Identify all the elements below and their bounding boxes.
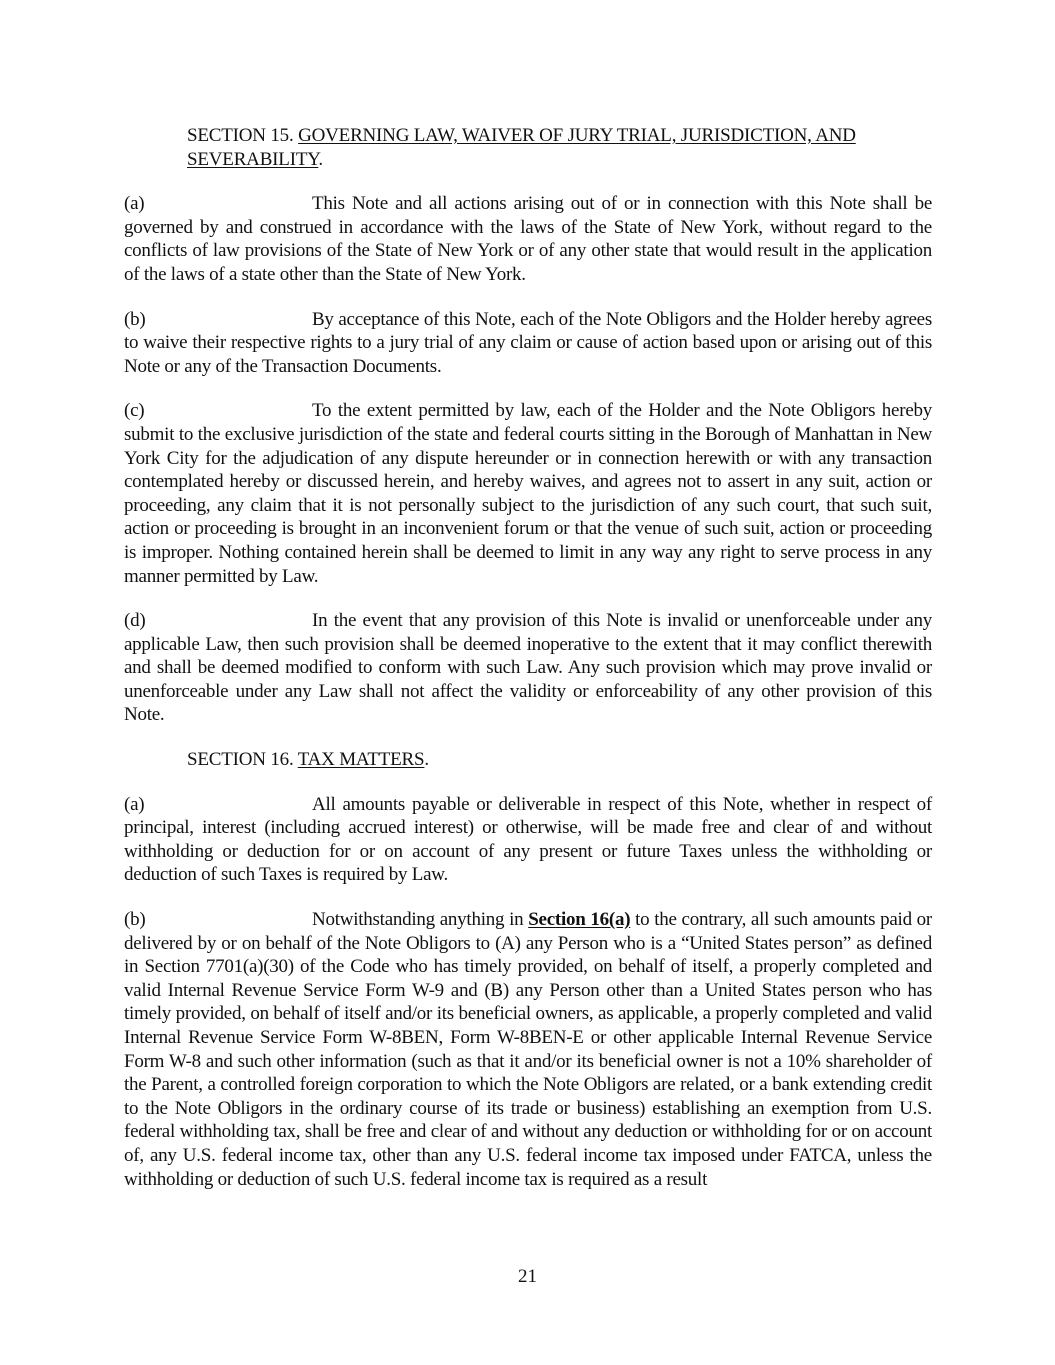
paragraph-label: (b) [124,908,312,932]
section-16-title: TAX MATTERS [298,749,425,770]
page-number: 21 [0,1265,1055,1289]
paragraph-label: (b) [124,308,312,332]
section-16a-cross-reference-link[interactable]: Section 16(a) [528,909,630,930]
section-15-paragraph-a: (a)This Note and all actions arising out… [124,192,932,286]
section-15-number: SECTION 15. [187,125,294,146]
section-15-paragraph-d: (d)In the event that any provision of th… [124,609,932,727]
section-15-title-suffix: . [318,149,323,170]
section-16-title-suffix: . [424,749,429,770]
document-page: SECTION 15. GOVERNING LAW, WAIVER OF JUR… [124,124,932,1212]
paragraph-text-after: to the contrary, all such amounts paid o… [124,909,932,1190]
paragraph-text: To the extent permitted by law, each of … [124,400,932,586]
paragraph-label: (a) [124,192,312,216]
paragraph-label: (d) [124,609,312,633]
section-16-heading: SECTION 16. TAX MATTERS. [124,748,932,772]
section-16-number: SECTION 16. [187,749,294,770]
section-16-paragraph-b: (b)Notwithstanding anything in Section 1… [124,908,932,1191]
section-15-paragraph-c: (c)To the extent permitted by law, each … [124,399,932,588]
section-16-paragraph-a: (a)All amounts payable or deliverable in… [124,793,932,887]
section-15-heading: SECTION 15. GOVERNING LAW, WAIVER OF JUR… [124,124,932,171]
paragraph-label: (c) [124,399,312,423]
paragraph-label: (a) [124,793,312,817]
section-15-paragraph-b: (b)By acceptance of this Note, each of t… [124,308,932,379]
paragraph-text-before: Notwithstanding anything in [312,909,528,930]
